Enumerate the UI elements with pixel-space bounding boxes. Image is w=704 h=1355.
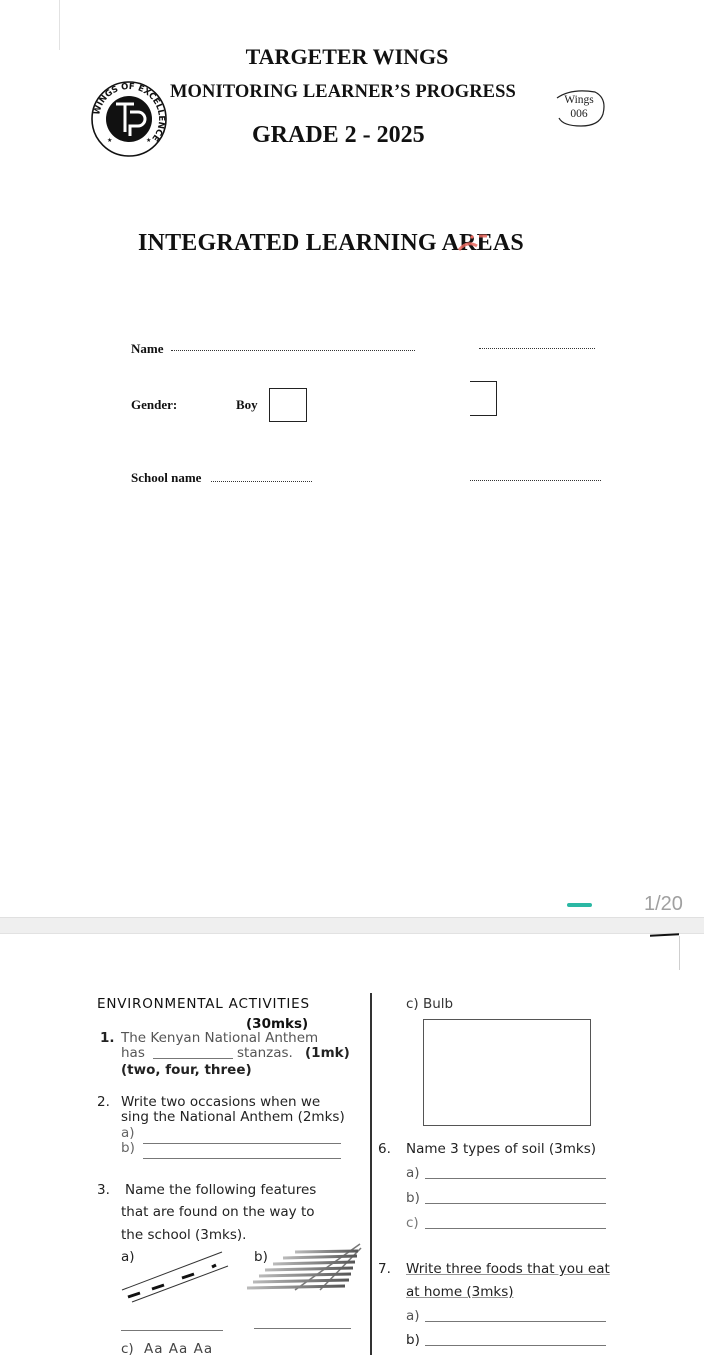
page-count: 1/20 [644, 893, 683, 916]
scan-edge [59, 0, 60, 50]
bulb-label: c) Bulb [406, 997, 453, 1012]
q6-option-c: c) [406, 1216, 419, 1231]
road-icon [120, 1250, 240, 1310]
scan-edge [679, 936, 680, 970]
q7-answer-b[interactable] [425, 1345, 606, 1346]
q6-answer-c[interactable] [425, 1228, 606, 1229]
q7-number: 7. [378, 1262, 391, 1277]
q1-marks: (1mk) [305, 1046, 350, 1061]
page-1: TARGETER WINGS MONITORING LEARNER’S PROG… [0, 0, 704, 917]
q3-number: 3. [97, 1183, 110, 1198]
column-divider [370, 993, 372, 1355]
section-title: ENVIRONMENTAL ACTIVITIES [97, 996, 310, 1012]
q6-number: 6. [378, 1142, 391, 1157]
q6-text: Name 3 types of soil (3mks) [406, 1142, 596, 1157]
q2-answer-b[interactable] [143, 1158, 341, 1159]
grade-title: GRADE 2 - 2025 [252, 122, 425, 149]
q7-line-2: at home (3mks) [406, 1285, 514, 1300]
name-input-line-continued[interactable] [479, 347, 595, 349]
name-input-line[interactable] [171, 349, 415, 351]
q6-option-b: b) [406, 1191, 420, 1206]
q1-text: The Kenyan National Anthem [121, 1031, 318, 1046]
q1-choices: (two, four, three) [121, 1063, 252, 1078]
q7-option-b: b) [406, 1333, 420, 1348]
q1-stanzas: stanzas. [237, 1046, 293, 1061]
q3-answer-a[interactable] [121, 1330, 223, 1331]
name-label: Name [131, 341, 164, 357]
school-name-input-line-continued[interactable] [470, 479, 601, 481]
bulb-drawing-box[interactable] [423, 1019, 591, 1126]
stamp-badge: Wings 006 [551, 86, 607, 128]
q1-has: has [121, 1046, 145, 1061]
q1-answer-line[interactable] [153, 1058, 233, 1059]
q3-line-2: that are found on the way to [121, 1205, 315, 1220]
program-title: MONITORING LEARNER’S PROGRESS [170, 82, 516, 103]
q2-option-b: b) [121, 1141, 135, 1156]
q2-line-2: sing the National Anthem (2mks) [121, 1110, 345, 1125]
girl-checkbox[interactable] [470, 381, 497, 416]
page-separator [0, 917, 704, 934]
q6-answer-b[interactable] [425, 1203, 606, 1204]
q2-option-a: a) [121, 1126, 135, 1141]
q2-line-1: Write two occasions when we [121, 1095, 320, 1110]
red-pen-mark [457, 232, 493, 254]
page-scroll-indicator[interactable] [567, 903, 592, 907]
q6-answer-a[interactable] [425, 1178, 606, 1179]
svg-text:★: ★ [146, 137, 151, 144]
q1-number: 1. [100, 1031, 115, 1046]
org-name: TARGETER WINGS [0, 44, 704, 70]
q7-answer-a[interactable] [425, 1321, 606, 1322]
q3-c-text: Aa Aa Aa [144, 1341, 213, 1355]
q3-line-3: the school (3mks). [121, 1228, 246, 1243]
svg-text:★: ★ [107, 137, 112, 144]
stamp-line-2: 006 [551, 107, 607, 121]
q6-option-a: a) [406, 1166, 420, 1181]
school-name-label: School name [131, 470, 201, 486]
q3-answer-b[interactable] [254, 1328, 351, 1329]
railway-icon [245, 1242, 363, 1300]
q3-line-1: Name the following features [125, 1183, 316, 1198]
stamp-line-1: Wings [551, 93, 607, 107]
q7-option-a: a) [406, 1309, 420, 1324]
school-crest-icon: WINGS OF EXCELLENCE ★ ★ [90, 80, 168, 158]
gender-label: Gender: [131, 397, 177, 413]
q2-number: 2. [97, 1095, 110, 1110]
q3-option-c: c) Aa Aa Aa [121, 1342, 213, 1355]
q2-answer-a[interactable] [143, 1143, 341, 1144]
q7-line-1: Write three foods that you eat [406, 1262, 610, 1277]
boy-checkbox[interactable] [269, 388, 307, 422]
boy-label: Boy [236, 397, 258, 413]
school-name-input-line[interactable] [211, 480, 312, 482]
